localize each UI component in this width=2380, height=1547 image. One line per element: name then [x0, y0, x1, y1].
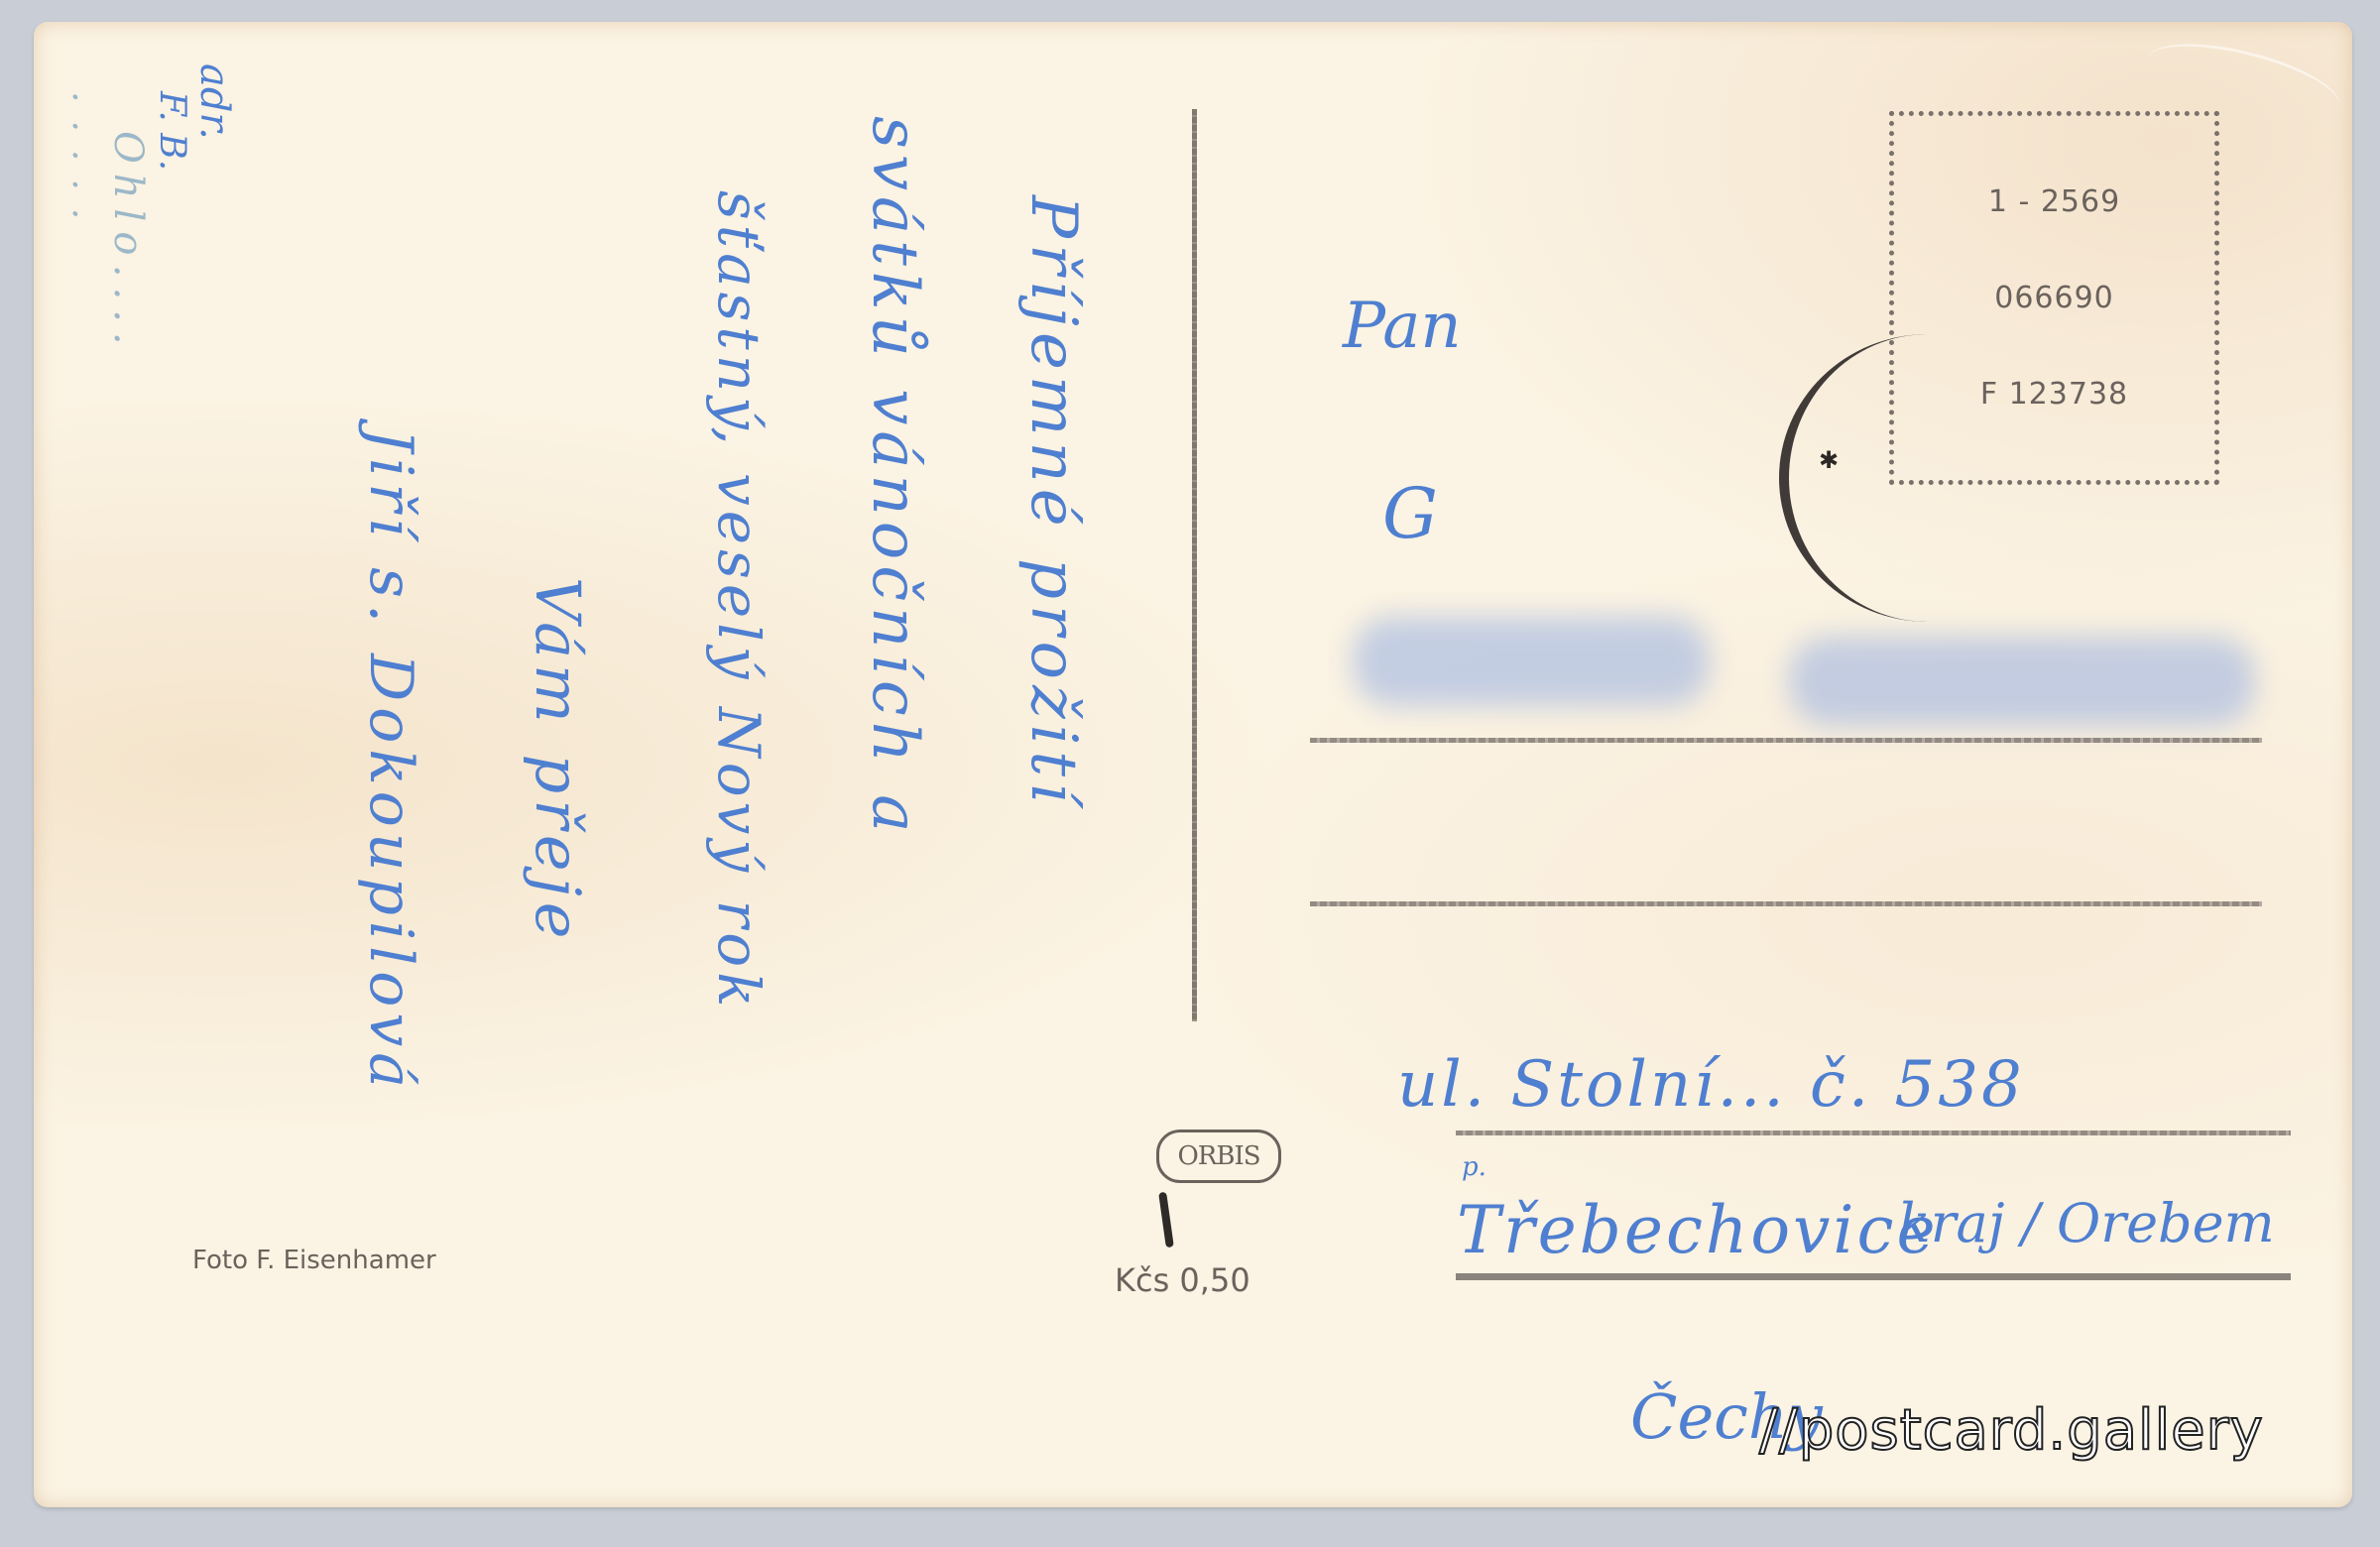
- address-city-prefix: p.: [1462, 1152, 1487, 1182]
- address-salutation: Pan: [1343, 290, 1462, 363]
- message-line-2: svátků vánočních a: [858, 116, 931, 838]
- pencil-mark: [1158, 1192, 1174, 1249]
- address-name-initial: G: [1382, 473, 1438, 554]
- message-line-3: šťastný, veselý Nový rok: [705, 190, 773, 1011]
- address-district: kraj / Orebem: [1898, 1192, 2275, 1254]
- address-line-1: [1310, 738, 2262, 743]
- address-line-3: [1456, 1130, 2291, 1135]
- photo-credit: Foto F. Eisenhamer: [192, 1246, 436, 1275]
- address-line-2: [1310, 901, 2262, 906]
- message-line-4: Vám přeje: [522, 577, 594, 944]
- price-label: Kčs 0,50: [1115, 1261, 1250, 1299]
- postmark-icon: [1779, 334, 1928, 622]
- sender-note-adr: adr.: [191, 63, 237, 140]
- sender-note-initials: F. B.: [152, 91, 192, 171]
- watermark-logo: //postcard.gallery: [1759, 1398, 2264, 1463]
- stamp-code-line-2: 066690: [1994, 281, 2114, 315]
- stamp-code-line-1: 1 - 2569: [1988, 184, 2120, 219]
- postmark-star-icon: ✱: [1819, 446, 1839, 474]
- message-signature: Jiří s. Dokoupilová: [356, 428, 425, 1094]
- redacted-name-part-2: [1789, 637, 2255, 726]
- publisher-logo: ORBIS: [1156, 1130, 1281, 1183]
- center-divider-line: [1192, 109, 1197, 1021]
- postcard-back: adr. F. B. Ohlo.... ..... Příjemné proži…: [34, 22, 2352, 1507]
- redacted-name-part-1: [1353, 617, 1710, 706]
- stamp-box: 1 - 2569 066690 F 123738: [1889, 111, 2219, 485]
- address-city: Třebechovice: [1457, 1192, 1939, 1268]
- message-line-1: Příjemné prožití: [1016, 195, 1090, 808]
- address-line-4: [1456, 1273, 2291, 1280]
- faint-note-line-1: Ohlo....: [105, 131, 151, 355]
- stamp-code-line-3: F 123738: [1980, 377, 2128, 412]
- faint-note-line-2: .....: [64, 91, 105, 237]
- address-street: ul. Stolní... č. 538: [1397, 1048, 2025, 1122]
